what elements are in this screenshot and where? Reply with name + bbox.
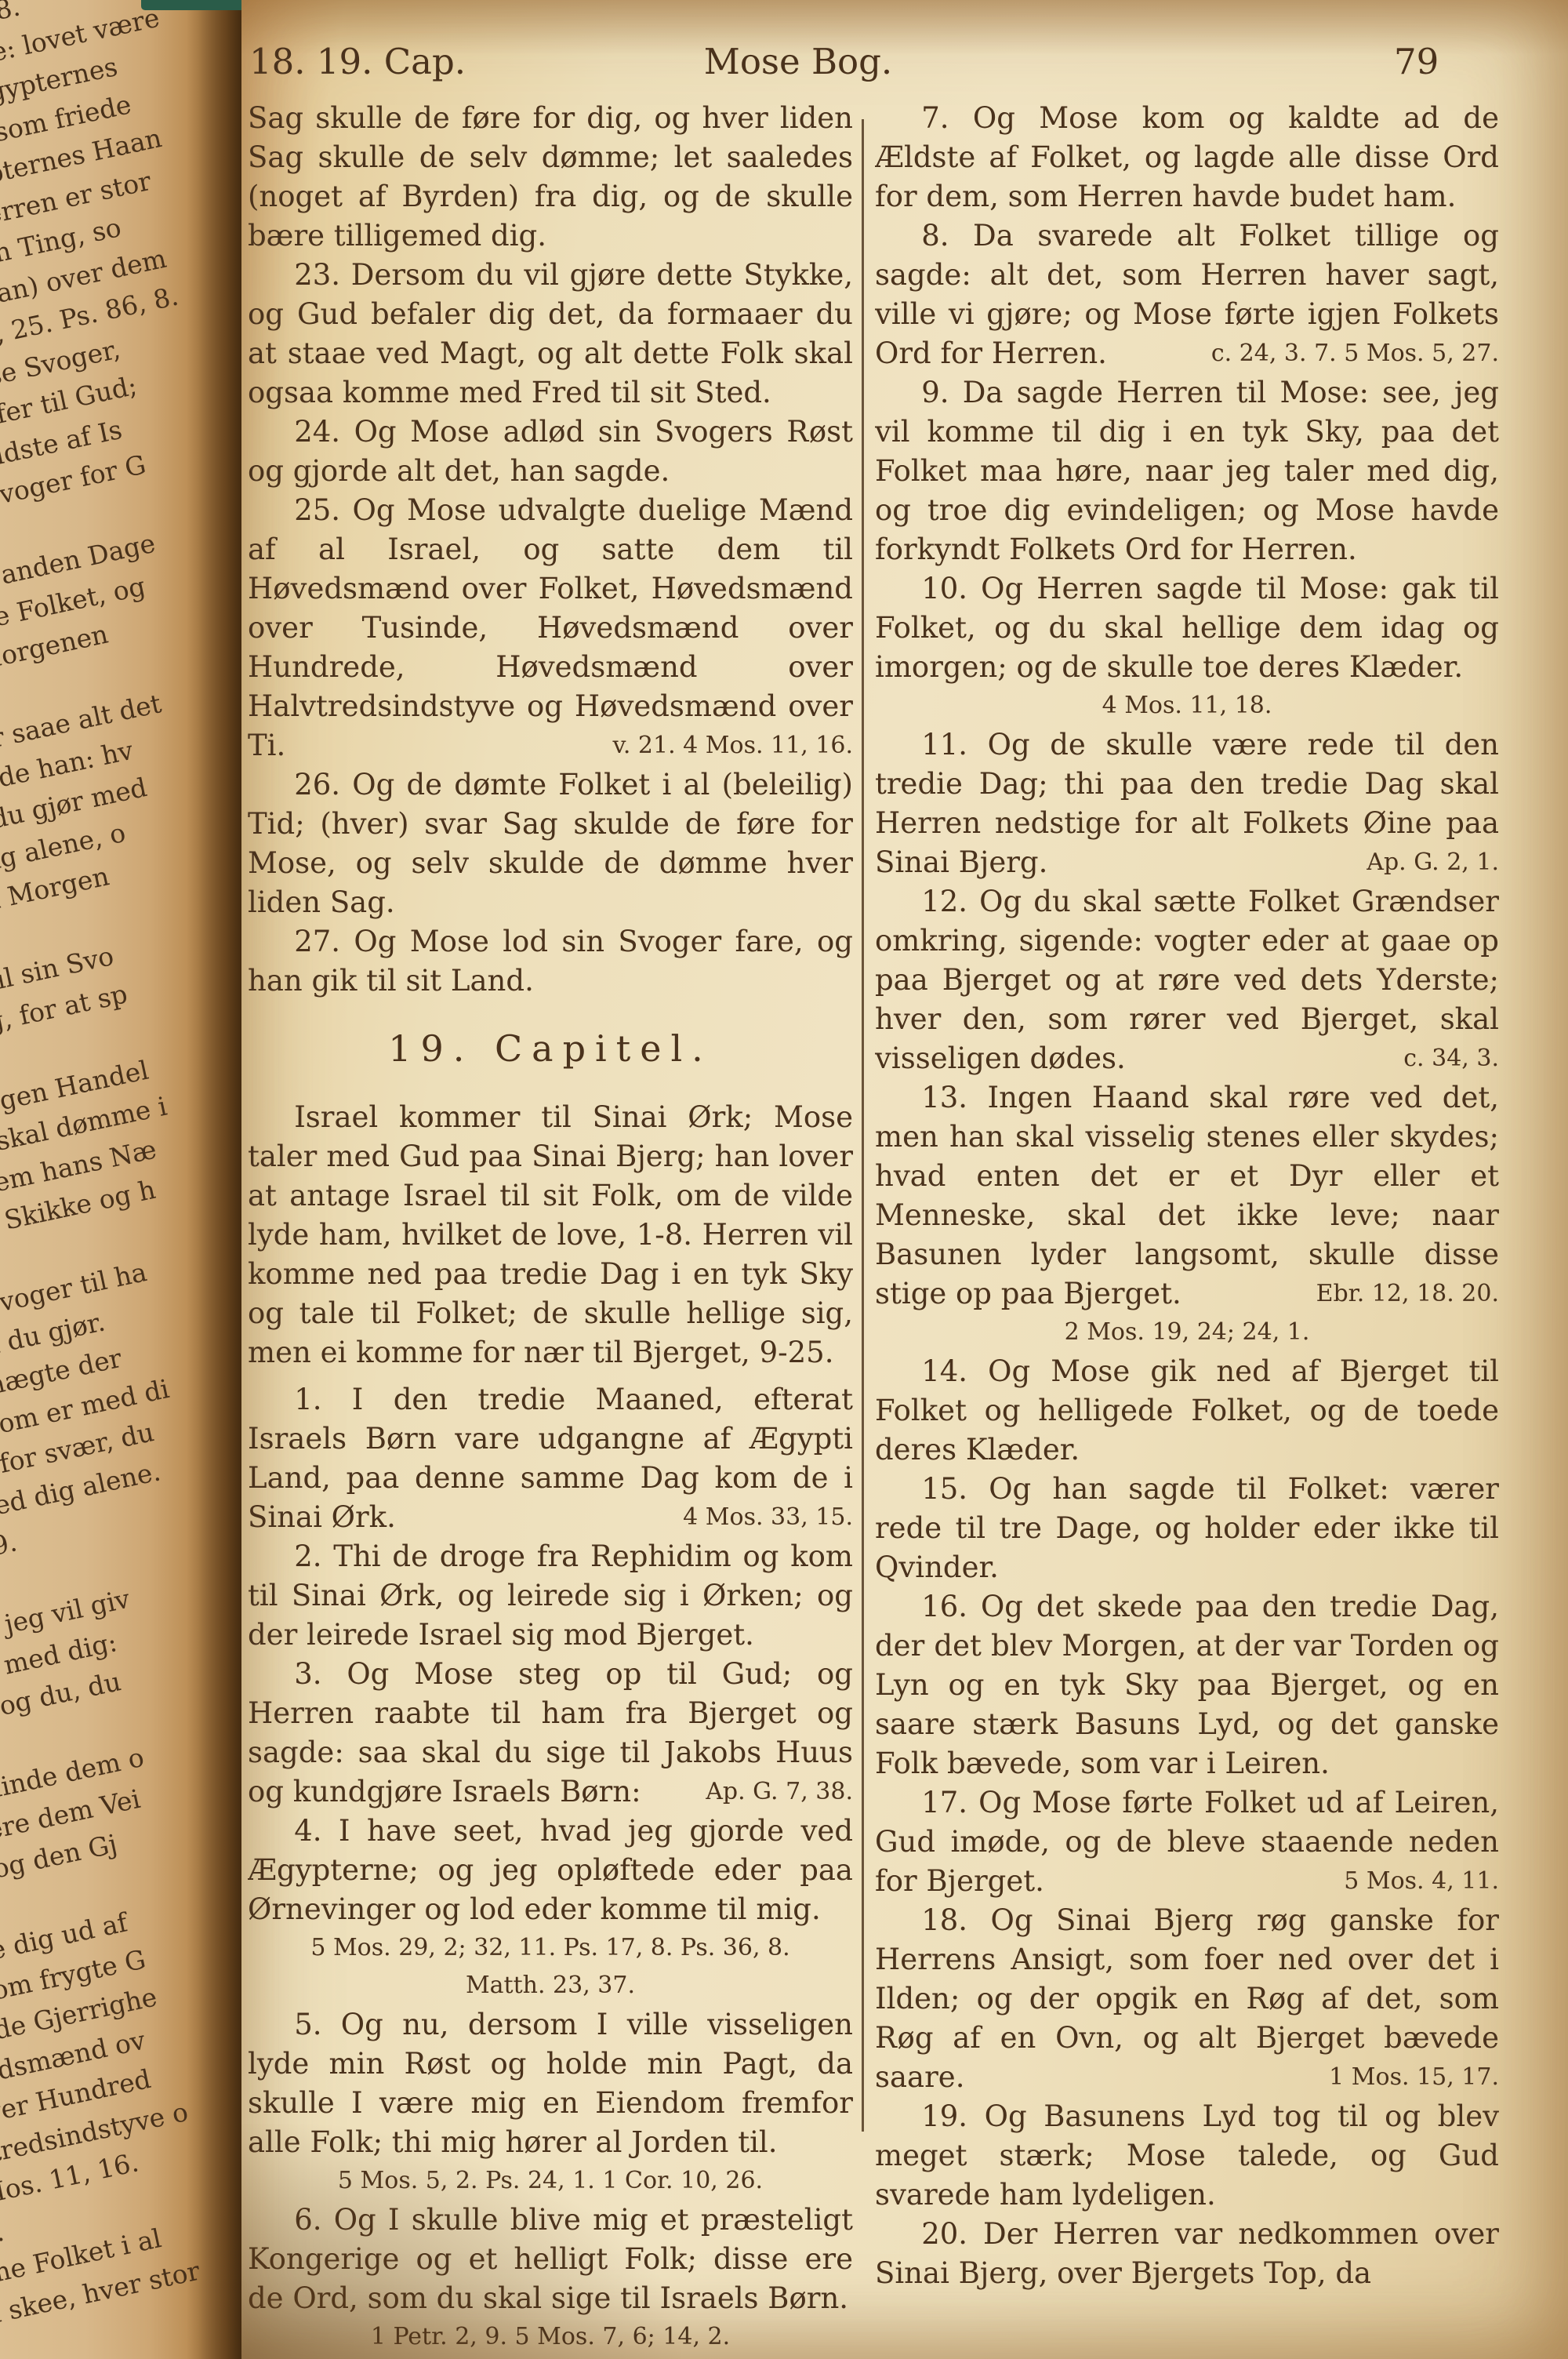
gutter-shadow [241, 2124, 681, 2359]
verse-12: 12. Og du skal sætte Folket Grændser omk… [875, 882, 1499, 1078]
previous-page-edge: 17. 18.sagde: lovet væreaf Ægypternesand… [0, 0, 241, 2359]
scripture-reference: v. 21. 4 Mos. 11, 16. [601, 726, 853, 765]
previous-page-text: 17. 18.sagde: lovet væreaf Ægypternesand… [0, 5, 241, 2347]
header-book-title: Mose Bog. [633, 41, 963, 82]
chapter-heading: 19. Capitel. [248, 1027, 853, 1070]
verse-15: 15. Og han sagde til Folket: værer rede … [875, 1470, 1499, 1587]
scripture-reference: Ebr. 12, 18. 20. [1305, 1274, 1499, 1314]
column-right: 7. Og Mose kom og kaldte ad de Ældste af… [875, 99, 1499, 2293]
verse-27: 27. Og Mose lod sin Svoger fare, og han … [248, 922, 853, 1001]
scripture-reference: c. 34, 3. [1392, 1039, 1499, 1078]
page-header: 18. 19. Cap. Mose Bog. 79 [241, 41, 1568, 96]
verse-16: 16. Og det skede paa den tredie Dag, der… [875, 1587, 1499, 1783]
verse-3: 3. Og Mose steg op til Gud; og Herren ra… [248, 1655, 853, 1812]
verse-18: 18. Og Sinai Bjerg røg ganske for Herren… [875, 1901, 1499, 2097]
verse-17: 17. Og Mose førte Folket ud af Leiren, G… [875, 1783, 1499, 1901]
scripture-reference: 4 Mos. 33, 15. [672, 1498, 853, 1537]
verse-25-text: 25. Og Mose udvalgte duelige Mænd af al … [248, 493, 853, 762]
verse-14: 14. Og Mose gik ned af Bjerget til Folke… [875, 1352, 1499, 1470]
verse-1: 1. I den tredie Maaned, efterat Israels … [248, 1380, 853, 1537]
verse-4: 4. I have seet, hvad jeg gjorde ved Ægyp… [248, 1812, 853, 1929]
verse-2: 2. Thi de droge fra Rephidim og kom til … [248, 1537, 853, 1655]
scripture-reference: 2 Mos. 19, 24; 24, 1. [875, 1314, 1499, 1350]
scripture-reference: Ap. G. 7, 38. [695, 1772, 853, 1812]
header-page-number: 79 [1394, 41, 1439, 82]
scripture-reference: 5 Mos. 4, 11. [1333, 1862, 1499, 1901]
verse-8: 8. Da svarede alt Folket tillige og sagd… [875, 216, 1499, 373]
scripture-reference: Ap. G. 2, 1. [1356, 843, 1499, 882]
book-page-photo: 17. 18.sagde: lovet væreaf Ægypternesand… [0, 0, 1568, 2359]
header-chapter-label: 18. 19. Cap. [249, 41, 466, 82]
verse-11: 11. Og de skulle være rede til den tredi… [875, 725, 1499, 882]
verse-20: 20. Der Herren var nedkommen over Sinai … [875, 2215, 1499, 2293]
verse-19: 19. Og Basunens Lyd tog til og blev mege… [875, 2097, 1499, 2215]
column-divider-rule [862, 119, 864, 2132]
page: 18. 19. Cap. Mose Bog. 79 Sag skulle de … [241, 0, 1568, 2359]
verse-25: 25. Og Mose udvalgte duelige Mænd af al … [248, 491, 853, 765]
scripture-reference: 4 Mos. 11, 18. [875, 688, 1499, 723]
scripture-reference: 1 Mos. 15, 17. [1318, 2058, 1499, 2097]
verse-23: 23. Dersom du vil gjøre dette Stykke, og… [248, 256, 853, 413]
scripture-reference: c. 24, 3. 7. 5 Mos. 5, 27. [1200, 334, 1499, 373]
verse-26: 26. Og de dømte Folket i al (beleilig) T… [248, 765, 853, 922]
column-left: Sag skulle de føre for dig, og hver lide… [248, 99, 853, 2357]
verse-22-continuation: Sag skulle de føre for dig, og hver lide… [248, 99, 853, 256]
verse-10: 10. Og Herren sagde til Mose: gak til Fo… [875, 569, 1499, 687]
scripture-reference: Matth. 23, 37. [248, 1968, 853, 2003]
verse-7: 7. Og Mose kom og kaldte ad de Ældste af… [875, 99, 1499, 216]
scripture-reference: 5 Mos. 29, 2; 32, 11. Ps. 17, 8. Ps. 36,… [248, 1930, 853, 1965]
verse-13: 13. Ingen Haand skal røre ved det, men h… [875, 1078, 1499, 1314]
chapter-summary: Israel kommer til Sinai Ørk; Mose taler … [248, 1098, 853, 1372]
verse-24: 24. Og Mose adlød sin Svogers Røst og gj… [248, 413, 853, 491]
verse-9: 9. Da sagde Herren til Mose: see, jeg vi… [875, 373, 1499, 569]
